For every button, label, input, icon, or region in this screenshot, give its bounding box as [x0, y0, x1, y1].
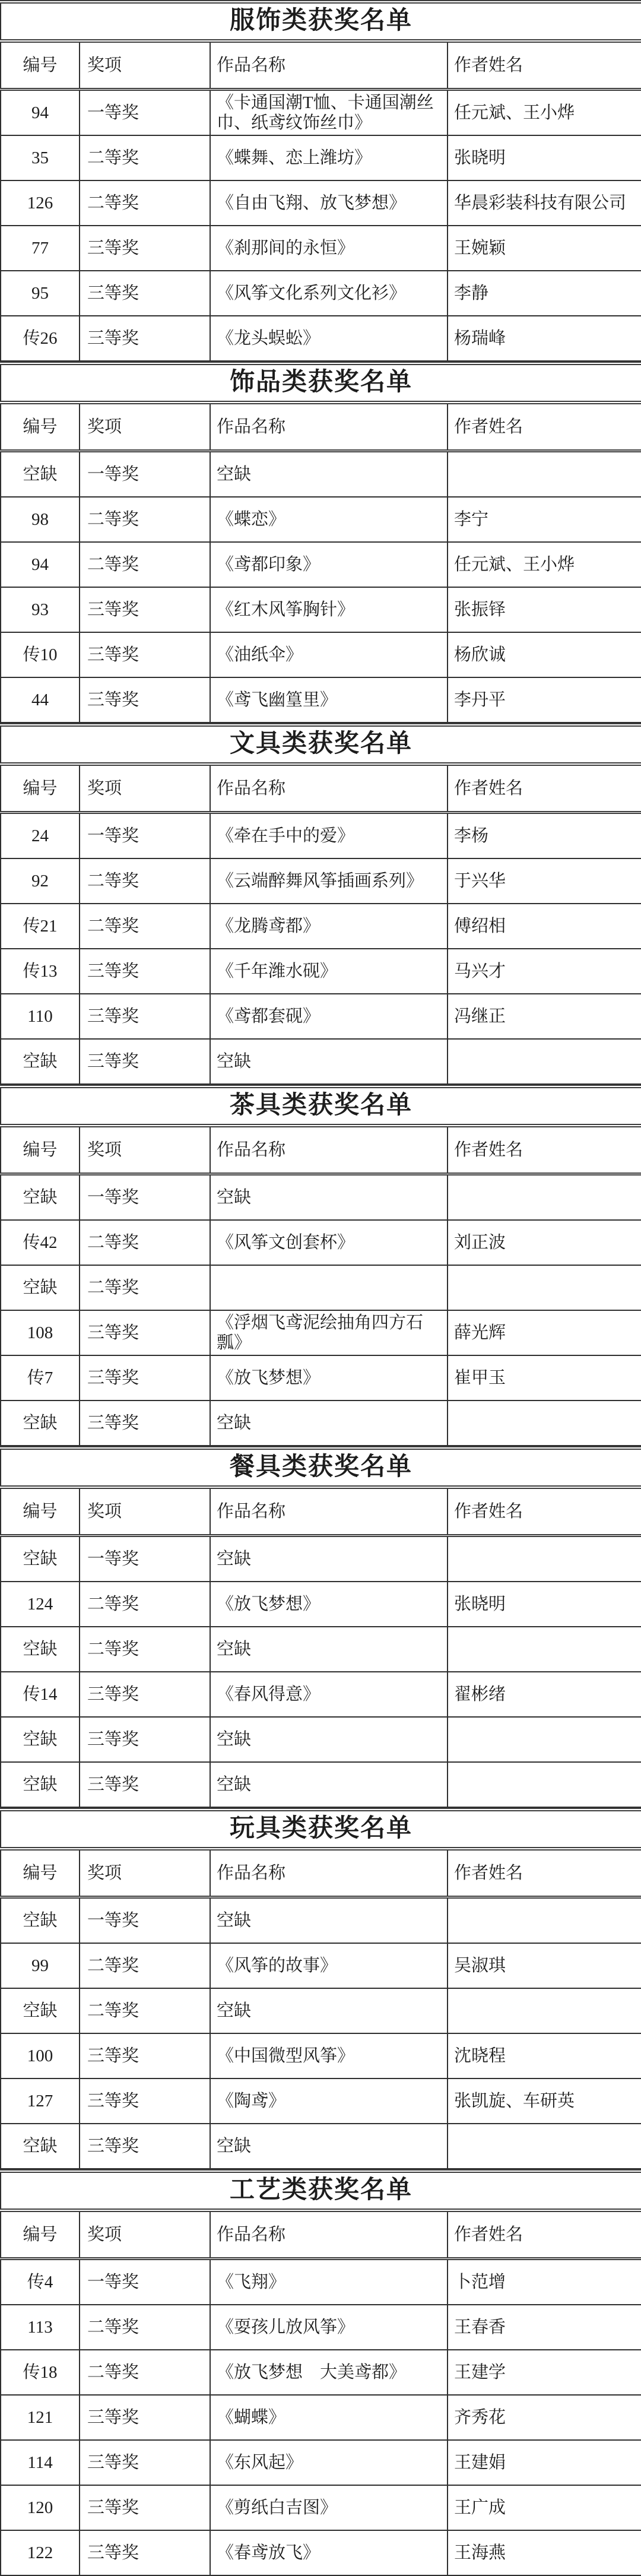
cell-work: 《卡通国潮T恤、卡通国潮丝巾、纸鸢纹饰丝巾》 [210, 90, 448, 136]
table-row: 127 三等奖 《陶鸢》 张凯旋、车研英 [1, 2078, 641, 2124]
column-header-award: 奖项 [80, 403, 210, 451]
cell-work: 《鸢飞幽篁里》 [210, 677, 448, 723]
table-row: 传42 二等奖 《风筝文创套杯》 刘正波 [1, 1220, 641, 1265]
cell-id: 传4 [1, 2259, 80, 2305]
column-header-id: 编号 [1, 1487, 80, 1536]
cell-id: 77 [1, 226, 80, 271]
cell-author: 张振铎 [448, 587, 641, 632]
cell-work: 《油纸伞》 [210, 632, 448, 677]
cell-work: 《红木风筝胸针》 [210, 587, 448, 632]
cell-id: 传14 [1, 1672, 80, 1717]
cell-work: 《蝶恋》 [210, 497, 448, 542]
cell-award: 二等奖 [80, 1943, 210, 1988]
cell-work: 《千年潍水砚》 [210, 949, 448, 994]
table-row: 空缺 一等奖 空缺 [1, 1536, 641, 1582]
award-list-document: 服饰类获奖名单 编号 奖项 作品名称 作者姓名 94 一等奖 《卡通国潮T恤、卡… [0, 0, 641, 2576]
cell-work: 《蝶舞、恋上潍坊》 [210, 135, 448, 180]
cell-author: 王广成 [448, 2485, 641, 2530]
cell-award: 三等奖 [80, 1762, 210, 1807]
cell-author: 杨瑞峰 [448, 316, 641, 361]
cell-id: 空缺 [1, 1988, 80, 2033]
table-row: 空缺 三等奖 空缺 [1, 2124, 641, 2169]
cell-id: 传21 [1, 904, 80, 949]
cell-author: 李宁 [448, 497, 641, 542]
column-header-author: 作者姓名 [448, 2210, 641, 2259]
cell-author [448, 1988, 641, 2033]
section-title-row: 饰品类获奖名单 [1, 363, 641, 403]
cell-award: 三等奖 [80, 2078, 210, 2124]
cell-award: 三等奖 [80, 2033, 210, 2078]
cell-work: 《陶鸢》 [210, 2078, 448, 2124]
table-row: 传13 三等奖 《千年潍水砚》 马兴才 [1, 949, 641, 994]
table-row: 95 三等奖 《风筝文化系列文化衫》 李静 [1, 271, 641, 316]
document: { "document_title": "获奖名单", "columns": {… [0, 0, 641, 2576]
cell-author: 李杨 [448, 813, 641, 859]
table-row: 传14 三等奖 《春风得意》 翟彬绪 [1, 1672, 641, 1717]
section-title-row: 文具类获奖名单 [1, 725, 641, 764]
cell-work: 空缺 [210, 1401, 448, 1446]
cell-id: 108 [1, 1310, 80, 1355]
cell-id: 24 [1, 813, 80, 859]
table-header-row: 编号 奖项 作品名称 作者姓名 [1, 2210, 641, 2259]
cell-work: 空缺 [210, 1762, 448, 1807]
section-title: 文具类获奖名单 [1, 725, 641, 764]
cell-author [448, 1265, 641, 1310]
cell-award: 三等奖 [80, 316, 210, 361]
cell-author [448, 2124, 641, 2169]
section-title-row: 茶具类获奖名单 [1, 1086, 641, 1126]
cell-id: 传42 [1, 1220, 80, 1265]
table-row: 122 三等奖 《春鸢放飞》 王海燕 [1, 2530, 641, 2575]
cell-author: 傅绍相 [448, 904, 641, 949]
cell-work: 《飞翔》 [210, 2259, 448, 2305]
cell-award: 二等奖 [80, 2305, 210, 2350]
cell-author [448, 1762, 641, 1807]
cell-id: 空缺 [1, 1717, 80, 1762]
award-table: 茶具类获奖名单 编号 奖项 作品名称 作者姓名 空缺 一等奖 空缺 传42 二等… [0, 1085, 641, 1446]
cell-work: 《鸢都套砚》 [210, 994, 448, 1039]
table-header-row: 编号 奖项 作品名称 作者姓名 [1, 764, 641, 813]
cell-award: 一等奖 [80, 451, 210, 498]
table-row: 空缺 三等奖 空缺 [1, 1762, 641, 1807]
cell-author: 沈晓程 [448, 2033, 641, 2078]
table-header-row: 编号 奖项 作品名称 作者姓名 [1, 41, 641, 90]
section-title: 饰品类获奖名单 [1, 363, 641, 403]
column-header-award: 奖项 [80, 1487, 210, 1536]
cell-work: 《剪纸白吉图》 [210, 2485, 448, 2530]
cell-author [448, 1717, 641, 1762]
cell-work: 《放飞梦想》 [210, 1582, 448, 1627]
cell-author: 李丹平 [448, 677, 641, 723]
cell-work: 《自由飞翔、放飞梦想》 [210, 180, 448, 226]
cell-author: 杨欣诚 [448, 632, 641, 677]
cell-award: 二等奖 [80, 1582, 210, 1627]
cell-award: 三等奖 [80, 2440, 210, 2485]
table-row: 93 三等奖 《红木风筝胸针》 张振铎 [1, 587, 641, 632]
cell-author: 王海燕 [448, 2530, 641, 2575]
cell-id: 99 [1, 1943, 80, 1988]
cell-author: 任元斌、王小烨 [448, 90, 641, 136]
table-row: 空缺 二等奖 空缺 [1, 1988, 641, 2033]
table-header-row: 编号 奖项 作品名称 作者姓名 [1, 403, 641, 451]
cell-award: 二等奖 [80, 1988, 210, 2033]
table-row: 空缺 一等奖 空缺 [1, 1174, 641, 1221]
cell-work: 《龙头蜈蚣》 [210, 316, 448, 361]
column-header-award: 奖项 [80, 41, 210, 90]
column-header-award: 奖项 [80, 1126, 210, 1174]
table-row: 92 二等奖 《云端醉舞风筝插画系列》 于兴华 [1, 858, 641, 904]
column-header-work: 作品名称 [210, 764, 448, 813]
table-row: 126 二等奖 《自由飞翔、放飞梦想》 华晨彩装科技有限公司 [1, 180, 641, 226]
cell-author: 崔甲玉 [448, 1355, 641, 1401]
cell-award: 一等奖 [80, 1536, 210, 1582]
column-header-award: 奖项 [80, 764, 210, 813]
award-table: 饰品类获奖名单 编号 奖项 作品名称 作者姓名 空缺 一等奖 空缺 98 二等奖… [0, 362, 641, 723]
column-header-award: 奖项 [80, 2210, 210, 2259]
cell-work: 空缺 [210, 1039, 448, 1084]
column-header-author: 作者姓名 [448, 1126, 641, 1174]
cell-award: 三等奖 [80, 2485, 210, 2530]
column-header-work: 作品名称 [210, 1487, 448, 1536]
table-header-row: 编号 奖项 作品名称 作者姓名 [1, 1126, 641, 1174]
cell-id: 35 [1, 135, 80, 180]
cell-id: 传26 [1, 316, 80, 361]
cell-author: 张凯旋、车研英 [448, 2078, 641, 2124]
cell-id: 空缺 [1, 2124, 80, 2169]
cell-id: 空缺 [1, 1627, 80, 1672]
cell-award: 一等奖 [80, 1897, 210, 1944]
column-header-work: 作品名称 [210, 403, 448, 451]
cell-work: 《风筝文化系列文化衫》 [210, 271, 448, 316]
table-row: 空缺 二等奖 空缺 [1, 1627, 641, 1672]
cell-award: 三等奖 [80, 994, 210, 1039]
column-header-work: 作品名称 [210, 41, 448, 90]
section-title: 服饰类获奖名单 [1, 2, 641, 41]
cell-work: 空缺 [210, 1536, 448, 1582]
column-header-id: 编号 [1, 41, 80, 90]
cell-award: 三等奖 [80, 1717, 210, 1762]
cell-author [448, 1536, 641, 1582]
table-row: 108 三等奖 《浮烟飞鸢泥绘抽角四方石瓢》 薛光辉 [1, 1310, 641, 1355]
cell-award: 三等奖 [80, 1310, 210, 1355]
table-row: 99 二等奖 《风筝的故事》 吴淑琪 [1, 1943, 641, 1988]
cell-id: 124 [1, 1582, 80, 1627]
cell-work: 空缺 [210, 2124, 448, 2169]
cell-award: 三等奖 [80, 271, 210, 316]
cell-author: 刘正波 [448, 1220, 641, 1265]
cell-author [448, 1401, 641, 1446]
cell-work: 《春风得意》 [210, 1672, 448, 1717]
section-title-row: 服饰类获奖名单 [1, 2, 641, 41]
cell-work: 《鸢都印象》 [210, 542, 448, 587]
table-row: 传10 三等奖 《油纸伞》 杨欣诚 [1, 632, 641, 677]
award-table: 工艺类获奖名单 编号 奖项 作品名称 作者姓名 传4 一等奖 《飞翔》 卜范增 … [0, 2169, 641, 2576]
table-row: 94 二等奖 《鸢都印象》 任元斌、王小烨 [1, 542, 641, 587]
cell-award: 二等奖 [80, 135, 210, 180]
table-row: 空缺 一等奖 空缺 [1, 451, 641, 498]
section-title-row: 工艺类获奖名单 [1, 2171, 641, 2210]
cell-id: 100 [1, 2033, 80, 2078]
cell-work: 《放飞梦想 大美鸢都》 [210, 2350, 448, 2395]
table-row: 空缺 三等奖 空缺 [1, 1401, 641, 1446]
cell-id: 94 [1, 542, 80, 587]
cell-id: 空缺 [1, 451, 80, 498]
cell-award: 三等奖 [80, 2124, 210, 2169]
award-table: 玩具类获奖名单 编号 奖项 作品名称 作者姓名 空缺 一等奖 空缺 99 二等奖… [0, 1808, 641, 2169]
cell-id: 93 [1, 587, 80, 632]
cell-id: 95 [1, 271, 80, 316]
cell-award: 三等奖 [80, 677, 210, 723]
cell-author: 王婉颖 [448, 226, 641, 271]
table-row: 空缺 三等奖 空缺 [1, 1717, 641, 1762]
column-header-author: 作者姓名 [448, 764, 641, 813]
cell-award: 二等奖 [80, 1220, 210, 1265]
table-row: 传7 三等奖 《放飞梦想》 崔甲玉 [1, 1355, 641, 1401]
section-title-row: 餐具类获奖名单 [1, 1448, 641, 1487]
table-row: 110 三等奖 《鸢都套砚》 冯继正 [1, 994, 641, 1039]
cell-author: 齐秀花 [448, 2395, 641, 2440]
cell-work: 《放飞梦想》 [210, 1355, 448, 1401]
award-table: 服饰类获奖名单 编号 奖项 作品名称 作者姓名 94 一等奖 《卡通国潮T恤、卡… [0, 0, 641, 362]
table-row: 空缺 三等奖 空缺 [1, 1039, 641, 1084]
column-header-id: 编号 [1, 1126, 80, 1174]
cell-award: 三等奖 [80, 2530, 210, 2575]
table-row: 24 一等奖 《牵在手中的爱》 李杨 [1, 813, 641, 859]
cell-work: 《风筝文创套杯》 [210, 1220, 448, 1265]
cell-id: 110 [1, 994, 80, 1039]
table-row: 121 三等奖 《蝴蝶》 齐秀花 [1, 2395, 641, 2440]
table-row: 传4 一等奖 《飞翔》 卜范增 [1, 2259, 641, 2305]
table-row: 传18 二等奖 《放飞梦想 大美鸢都》 王建学 [1, 2350, 641, 2395]
cell-id: 传10 [1, 632, 80, 677]
table-row: 100 三等奖 《中国微型风筝》 沈晓程 [1, 2033, 641, 2078]
cell-author [448, 1897, 641, 1944]
cell-award: 二等奖 [80, 1265, 210, 1310]
column-header-author: 作者姓名 [448, 41, 641, 90]
cell-work: 《东风起》 [210, 2440, 448, 2485]
cell-id: 92 [1, 858, 80, 904]
table-row: 77 三等奖 《刹那间的永恒》 王婉颖 [1, 226, 641, 271]
table-row: 44 三等奖 《鸢飞幽篁里》 李丹平 [1, 677, 641, 723]
cell-id: 空缺 [1, 1401, 80, 1446]
cell-author: 冯继正 [448, 994, 641, 1039]
section-title: 餐具类获奖名单 [1, 1448, 641, 1487]
cell-award: 二等奖 [80, 1627, 210, 1672]
cell-id: 114 [1, 2440, 80, 2485]
table-row: 124 二等奖 《放飞梦想》 张晓明 [1, 1582, 641, 1627]
column-header-award: 奖项 [80, 1849, 210, 1897]
cell-award: 一等奖 [80, 2259, 210, 2305]
cell-id: 空缺 [1, 1174, 80, 1221]
cell-author [448, 1039, 641, 1084]
cell-author: 张晓明 [448, 1582, 641, 1627]
cell-work: 《耍孩儿放风筝》 [210, 2305, 448, 2350]
cell-award: 三等奖 [80, 587, 210, 632]
column-header-author: 作者姓名 [448, 1487, 641, 1536]
section-title: 工艺类获奖名单 [1, 2171, 641, 2210]
table-header-row: 编号 奖项 作品名称 作者姓名 [1, 1849, 641, 1897]
table-row: 传26 三等奖 《龙头蜈蚣》 杨瑞峰 [1, 316, 641, 361]
cell-author: 华晨彩装科技有限公司 [448, 180, 641, 226]
cell-award: 二等奖 [80, 904, 210, 949]
cell-author: 于兴华 [448, 858, 641, 904]
cell-work: 《风筝的故事》 [210, 1943, 448, 1988]
cell-id: 空缺 [1, 1762, 80, 1807]
column-header-id: 编号 [1, 2210, 80, 2259]
cell-id: 94 [1, 90, 80, 136]
column-header-work: 作品名称 [210, 1126, 448, 1174]
cell-id: 122 [1, 2530, 80, 2575]
cell-author: 王建学 [448, 2350, 641, 2395]
cell-award: 二等奖 [80, 497, 210, 542]
cell-award: 二等奖 [80, 542, 210, 587]
cell-award: 二等奖 [80, 2350, 210, 2395]
table-row: 空缺 一等奖 空缺 [1, 1897, 641, 1944]
cell-id: 98 [1, 497, 80, 542]
section-title: 玩具类获奖名单 [1, 1810, 641, 1849]
cell-id: 127 [1, 2078, 80, 2124]
cell-work: 空缺 [210, 1988, 448, 2033]
cell-id: 空缺 [1, 1536, 80, 1582]
cell-award: 三等奖 [80, 1401, 210, 1446]
cell-id: 传7 [1, 1355, 80, 1401]
cell-id: 空缺 [1, 1265, 80, 1310]
section-title: 茶具类获奖名单 [1, 1086, 641, 1126]
cell-author [448, 451, 641, 498]
award-table: 文具类获奖名单 编号 奖项 作品名称 作者姓名 24 一等奖 《牵在手中的爱》 … [0, 723, 641, 1085]
cell-author: 卜范增 [448, 2259, 641, 2305]
cell-work: 空缺 [210, 1897, 448, 1944]
column-header-id: 编号 [1, 403, 80, 451]
cell-award: 二等奖 [80, 180, 210, 226]
cell-id: 113 [1, 2305, 80, 2350]
cell-award: 一等奖 [80, 813, 210, 859]
table-row: 传21 二等奖 《龙腾鸢都》 傅绍相 [1, 904, 641, 949]
cell-award: 三等奖 [80, 632, 210, 677]
cell-author: 薛光辉 [448, 1310, 641, 1355]
table-row: 120 三等奖 《剪纸白吉图》 王广成 [1, 2485, 641, 2530]
table-row: 98 二等奖 《蝶恋》 李宁 [1, 497, 641, 542]
cell-author: 马兴才 [448, 949, 641, 994]
cell-id: 空缺 [1, 1897, 80, 1944]
cell-author: 王建娟 [448, 2440, 641, 2485]
cell-author: 李静 [448, 271, 641, 316]
cell-id: 126 [1, 180, 80, 226]
column-header-author: 作者姓名 [448, 403, 641, 451]
cell-work: 《牵在手中的爱》 [210, 813, 448, 859]
cell-work: 《浮烟飞鸢泥绘抽角四方石瓢》 [210, 1310, 448, 1355]
cell-award: 一等奖 [80, 1174, 210, 1221]
cell-work: 空缺 [210, 1627, 448, 1672]
column-header-work: 作品名称 [210, 2210, 448, 2259]
cell-work: 《蝴蝶》 [210, 2395, 448, 2440]
cell-work: 《云端醉舞风筝插画系列》 [210, 858, 448, 904]
cell-id: 传13 [1, 949, 80, 994]
table-row: 空缺 二等奖 [1, 1265, 641, 1310]
cell-author: 吴淑琪 [448, 1943, 641, 1988]
column-header-id: 编号 [1, 1849, 80, 1897]
column-header-id: 编号 [1, 764, 80, 813]
cell-author: 王春香 [448, 2305, 641, 2350]
cell-id: 120 [1, 2485, 80, 2530]
cell-author: 翟彬绪 [448, 1672, 641, 1717]
award-table: 餐具类获奖名单 编号 奖项 作品名称 作者姓名 空缺 一等奖 空缺 124 二等… [0, 1446, 641, 1808]
cell-work: 《刹那间的永恒》 [210, 226, 448, 271]
cell-award: 三等奖 [80, 1672, 210, 1717]
table-header-row: 编号 奖项 作品名称 作者姓名 [1, 1487, 641, 1536]
cell-award: 三等奖 [80, 2395, 210, 2440]
cell-award: 三等奖 [80, 949, 210, 994]
cell-work [210, 1265, 448, 1310]
cell-award: 三等奖 [80, 1355, 210, 1401]
table-row: 114 三等奖 《东风起》 王建娟 [1, 2440, 641, 2485]
section-title-row: 玩具类获奖名单 [1, 1810, 641, 1849]
column-header-author: 作者姓名 [448, 1849, 641, 1897]
cell-work: 《春鸢放飞》 [210, 2530, 448, 2575]
cell-award: 二等奖 [80, 858, 210, 904]
cell-id: 空缺 [1, 1039, 80, 1084]
cell-award: 三等奖 [80, 226, 210, 271]
cell-id: 121 [1, 2395, 80, 2440]
table-row: 35 二等奖 《蝶舞、恋上潍坊》 张晓明 [1, 135, 641, 180]
cell-work: 《中国微型风筝》 [210, 2033, 448, 2078]
table-row: 113 二等奖 《耍孩儿放风筝》 王春香 [1, 2305, 641, 2350]
table-row: 94 一等奖 《卡通国潮T恤、卡通国潮丝巾、纸鸢纹饰丝巾》 任元斌、王小烨 [1, 90, 641, 136]
cell-award: 一等奖 [80, 90, 210, 136]
cell-author: 任元斌、王小烨 [448, 542, 641, 587]
cell-work: 空缺 [210, 451, 448, 498]
cell-work: 《龙腾鸢都》 [210, 904, 448, 949]
cell-work: 空缺 [210, 1717, 448, 1762]
cell-author: 张晓明 [448, 135, 641, 180]
cell-award: 三等奖 [80, 1039, 210, 1084]
cell-author [448, 1174, 641, 1221]
cell-author [448, 1627, 641, 1672]
cell-work: 空缺 [210, 1174, 448, 1221]
column-header-work: 作品名称 [210, 1849, 448, 1897]
cell-id: 44 [1, 677, 80, 723]
cell-id: 传18 [1, 2350, 80, 2395]
